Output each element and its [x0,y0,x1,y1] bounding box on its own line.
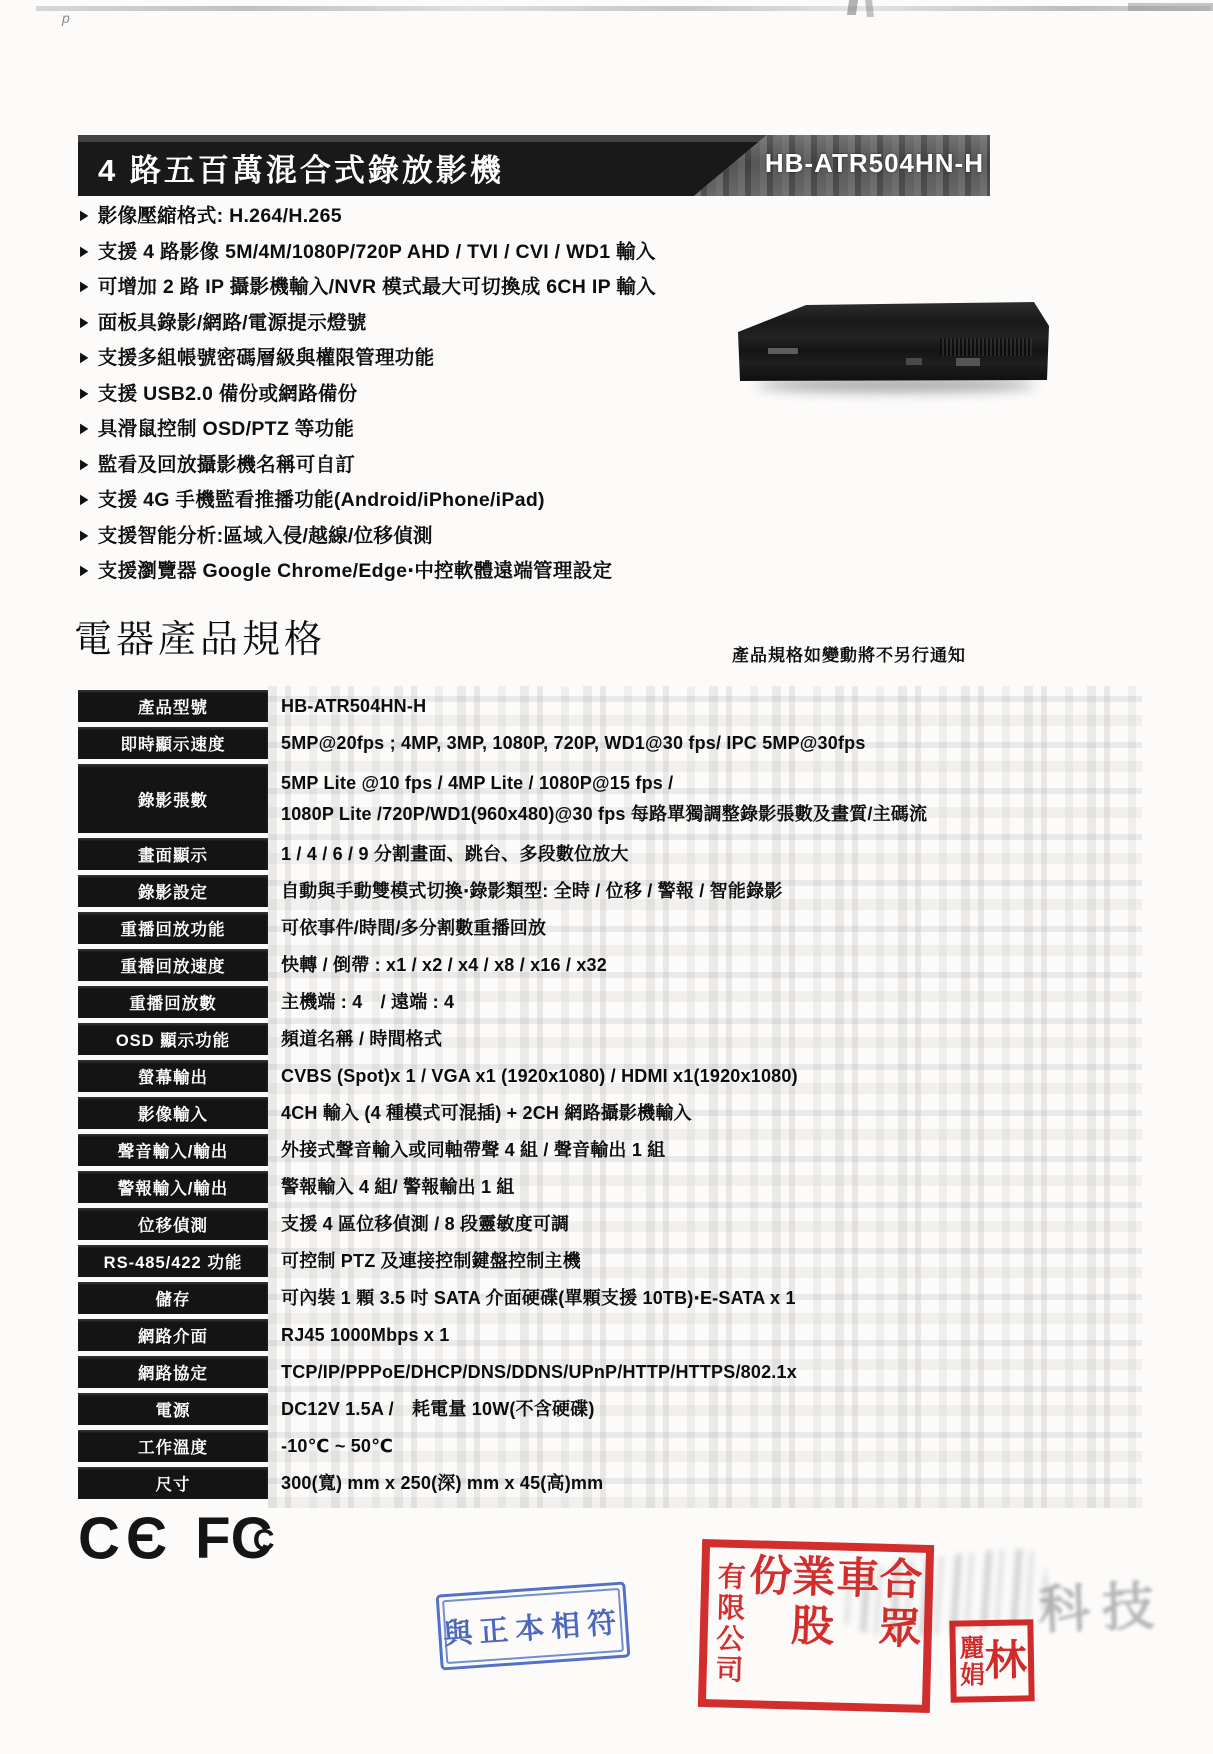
table-row: 影像輸入4CH 輸入 (4 種模式可混插) + 2CH 網路攝影機輸入 [78,1097,990,1129]
spec-value: 警報輸入 4 組/ 警報輸出 1 組 [268,1171,990,1203]
bullet-triangle-icon: ▶ [80,555,89,588]
table-row: 重播回放功能可依事件/時間/多分割數重播回放 [78,912,990,944]
table-row: 錄影設定自動與手動雙模式切換‧錄影類型: 全時 / 位移 / 警報 / 智能錄影 [78,875,990,907]
spec-value: CVBS (Spot)x 1 / VGA x1 (1920x1080) / HD… [268,1060,990,1092]
spec-label: 螢幕輸出 [78,1060,268,1092]
table-row: 重播回放速度快轉 / 倒帶 : x1 / x2 / x4 / x8 / x16 … [78,949,990,981]
spec-label: 產品型號 [78,690,268,722]
bullet-triangle-icon: ▶ [80,413,89,446]
table-row: 產品型號HB-ATR504HN-H [78,690,990,722]
table-row: 工作溫度-10℃ ~ 50℃ [78,1430,990,1462]
model-number: HB-ATR504HN-H [765,148,984,179]
section-title: 電器產品規格 [74,608,326,663]
blue-stamp-text: 與正本相符 [442,1599,624,1652]
feature-text: 可增加 2 路 IP 攝影機輸入/NVR 模式最大可切換成 6CH IP 輸入 [98,274,656,301]
spec-value: 可依事件/時間/多分割數重播回放 [268,912,990,944]
spec-label: 重播回放數 [78,986,268,1018]
spec-label: 錄影張數 [78,764,268,833]
dvr-product-photo [736,300,1052,400]
feature-item: ▶監看及回放攝影機名稱可自訂 [80,452,940,479]
spec-value: HB-ATR504HN-H [268,690,990,722]
bullet-triangle-icon: ▶ [80,519,89,552]
table-row: 畫面顯示1 / 4 / 6 / 9 分割畫面、跳台、多段數位放大 [78,838,990,870]
spec-value: 支援 4 區位移偵測 / 8 段靈敏度可調 [268,1208,990,1240]
feature-text: 監看及回放攝影機名稱可自訂 [98,452,355,479]
spec-label: RS-485/422 功能 [78,1245,268,1277]
seal-given-name: 麗娟 [957,1634,983,1688]
feature-text: 影像壓縮格式: H.264/H.265 [98,203,342,230]
table-row: 網路協定TCP/IP/PPPoE/DHCP/DNS/DDNS/UPnP/HTTP… [78,1356,990,1388]
bullet-triangle-icon: ▶ [80,235,89,268]
table-row: 網路介面RJ45 1000Mbps x 1 [78,1319,990,1351]
blue-certified-copy-stamp: 與正本相符 [436,1581,631,1670]
spec-value: TCP/IP/PPPoE/DHCP/DNS/DDNS/UPnP/HTTP/HTT… [268,1356,990,1388]
seal-column: 合眾車 [829,1554,919,1700]
spec-value: 外接式聲音輸入或同軸帶聲 4 組 / 聲音輸出 1 組 [268,1134,990,1166]
spec-value: DC12V 1.5A / 耗電量 10W(不含硬碟) [268,1393,990,1425]
spec-label: 位移偵測 [78,1208,268,1240]
ce-mark-icon: CЄ [78,1504,173,1572]
feature-text: 支援 4G 手機監看推播功能(Android/iPhone/iPad) [98,487,545,514]
company-seal-stamp: 有限公司 業股份 合眾車 [698,1539,934,1713]
spec-label: 畫面顯示 [78,838,268,870]
scan-artifact-topline-right [1128,3,1213,11]
bullet-triangle-icon: ▶ [80,484,89,517]
bullet-triangle-icon: ▶ [80,448,89,481]
device-button [906,358,922,365]
dvr-device-image [736,300,1050,384]
spec-label: 聲音輸入/輸出 [78,1134,268,1166]
feature-item: ▶影像壓縮格式: H.264/H.265 [80,203,940,230]
ghost-stamp-text: 科技 [1037,1564,1168,1643]
table-row: 即時顯示速度5MP@20fps ; 4MP, 3MP, 1080P, 720P,… [78,727,990,759]
feature-item: ▶支援瀏覽器 Google Chrome/Edge‧中控軟體遠端管理設定 [80,558,940,585]
spec-label: 影像輸入 [78,1097,268,1129]
feature-text: 支援瀏覽器 Google Chrome/Edge‧中控軟體遠端管理設定 [98,558,613,585]
spec-value: 1 / 4 / 6 / 9 分割畫面、跳台、多段數位放大 [268,838,990,870]
spec-label: 重播回放功能 [78,912,268,944]
spec-value: 5MP@20fps ; 4MP, 3MP, 1080P, 720P, WD1@3… [268,727,990,759]
spec-label: 儲存 [78,1282,268,1314]
bullet-triangle-icon: ▶ [80,306,89,339]
scan-artifact-topline [36,6,1210,11]
feature-item: ▶可增加 2 路 IP 攝影機輸入/NVR 模式最大可切換成 6CH IP 輸入 [80,274,940,301]
spec-value: 自動與手動雙模式切換‧錄影類型: 全時 / 位移 / 警報 / 智能錄影 [268,875,990,907]
section-note: 產品規格如變動將不另行通知 [732,641,966,666]
device-vent-grille [940,338,1032,356]
header-title-panel: 4 路五百萬混合式錄放影機 [78,135,767,196]
bullet-triangle-icon: ▶ [80,377,89,410]
spec-value: RJ45 1000Mbps x 1 [268,1319,990,1351]
feature-text: 支援智能分析:區域入侵/越線/位移偵測 [98,523,433,550]
scan-artifact-tick [847,0,858,15]
spec-label: 警報輸入/輸出 [78,1171,268,1203]
feature-item: ▶支援 4 路影像 5M/4M/1080P/720P AHD / TVI / C… [80,239,940,266]
table-row: 重播回放數主機端 : 4 / 遠端 : 4 [78,986,990,1018]
certification-logos: CЄ FCC [78,1505,272,1572]
spec-value: 頻道名稱 / 時間格式 [268,1023,990,1055]
table-row: 儲存可內裝 1 顆 3.5 吋 SATA 介面硬碟(單顆支援 10TB)‧E-S… [78,1282,990,1314]
feature-item: ▶支援智能分析:區域入侵/越線/位移偵測 [80,523,940,550]
table-row: 電源DC12V 1.5A / 耗電量 10W(不含硬碟) [78,1393,990,1425]
spec-value: 4CH 輸入 (4 種模式可混插) + 2CH 網路攝影機輸入 [268,1097,990,1129]
table-row: 尺寸300(寬) mm x 250(深) mm x 45(高)mm [78,1467,990,1499]
table-row: 聲音輸入/輸出外接式聲音輸入或同軸帶聲 4 組 / 聲音輸出 1 組 [78,1134,990,1166]
feature-text: 支援多組帳號密碼層級與權限管理功能 [98,345,435,372]
table-row: RS-485/422 功能可控制 PTZ 及連接控制鍵盤控制主機 [78,1245,990,1277]
spec-label: 錄影設定 [78,875,268,907]
scan-artifact-mark: p [62,10,70,26]
spec-value: 快轉 / 倒帶 : x1 / x2 / x4 / x8 / x16 / x32 [268,949,990,981]
spec-value: 5MP Lite @10 fps / 4MP Lite / 1080P@15 f… [268,764,990,833]
spec-label: 即時顯示速度 [78,727,268,759]
fcc-inner-c: C [253,1524,275,1558]
feature-item: ▶支援 4G 手機監看推播功能(Android/iPhone/iPad) [80,487,940,514]
table-row: 錄影張數5MP Lite @10 fps / 4MP Lite / 1080P@… [78,764,990,833]
table-row: 警報輸入/輸出警報輸入 4 組/ 警報輸出 1 組 [78,1171,990,1203]
spec-label: 重播回放速度 [78,949,268,981]
spec-table: 產品型號HB-ATR504HN-H 即時顯示速度5MP@20fps ; 4MP,… [78,690,990,1504]
table-row: 位移偵測支援 4 區位移偵測 / 8 段靈敏度可調 [78,1208,990,1240]
spec-label: 尺寸 [78,1467,268,1499]
personal-name-seal: 麗娟 林 [949,1619,1034,1702]
product-title: 4 路五百萬混合式錄放影機 [98,145,504,190]
spec-label: 網路協定 [78,1356,268,1388]
feature-text: 具滑鼠控制 OSD/PTZ 等功能 [98,416,354,443]
seal-column: 業股份 [742,1552,832,1698]
spec-value: 300(寬) mm x 250(深) mm x 45(高)mm [268,1467,990,1499]
spec-value: 可內裝 1 顆 3.5 吋 SATA 介面硬碟(單顆支援 10TB)‧E-SAT… [268,1282,990,1314]
spec-label: 網路介面 [78,1319,268,1351]
feature-text: 面板具錄影/網路/電源提示燈號 [98,310,367,337]
scan-artifact-tick [865,0,874,17]
feature-text: 支援 4 路影像 5M/4M/1080P/720P AHD / TVI / CV… [98,239,656,266]
fcc-mark-icon: FCC [195,1505,272,1572]
spec-label: OSD 顯示功能 [78,1023,268,1055]
feature-item: ▶具滑鼠控制 OSD/PTZ 等功能 [80,416,940,443]
bullet-triangle-icon: ▶ [80,271,89,304]
seal-surname: 林 [984,1639,1027,1682]
feature-text: 支援 USB2.0 備份或網路備份 [98,381,358,408]
header-bar: 4 路五百萬混合式錄放影機 HB-ATR504HN-H [78,135,990,196]
spec-value: 可控制 PTZ 及連接控制鍵盤控制主機 [268,1245,990,1277]
table-row: OSD 顯示功能頻道名稱 / 時間格式 [78,1023,990,1055]
seal-column: 有限公司 [713,1561,744,1686]
table-row: 螢幕輸出CVBS (Spot)x 1 / VGA x1 (1920x1080) … [78,1060,990,1092]
bullet-triangle-icon: ▶ [80,342,89,375]
spec-label: 工作溫度 [78,1430,268,1462]
device-logo-mark [768,348,798,354]
bullet-triangle-icon: ▶ [80,200,89,233]
spec-value: -10℃ ~ 50℃ [268,1430,990,1462]
spec-value: 主機端 : 4 / 遠端 : 4 [268,986,990,1018]
device-button [956,358,980,366]
spec-label: 電源 [78,1393,268,1425]
